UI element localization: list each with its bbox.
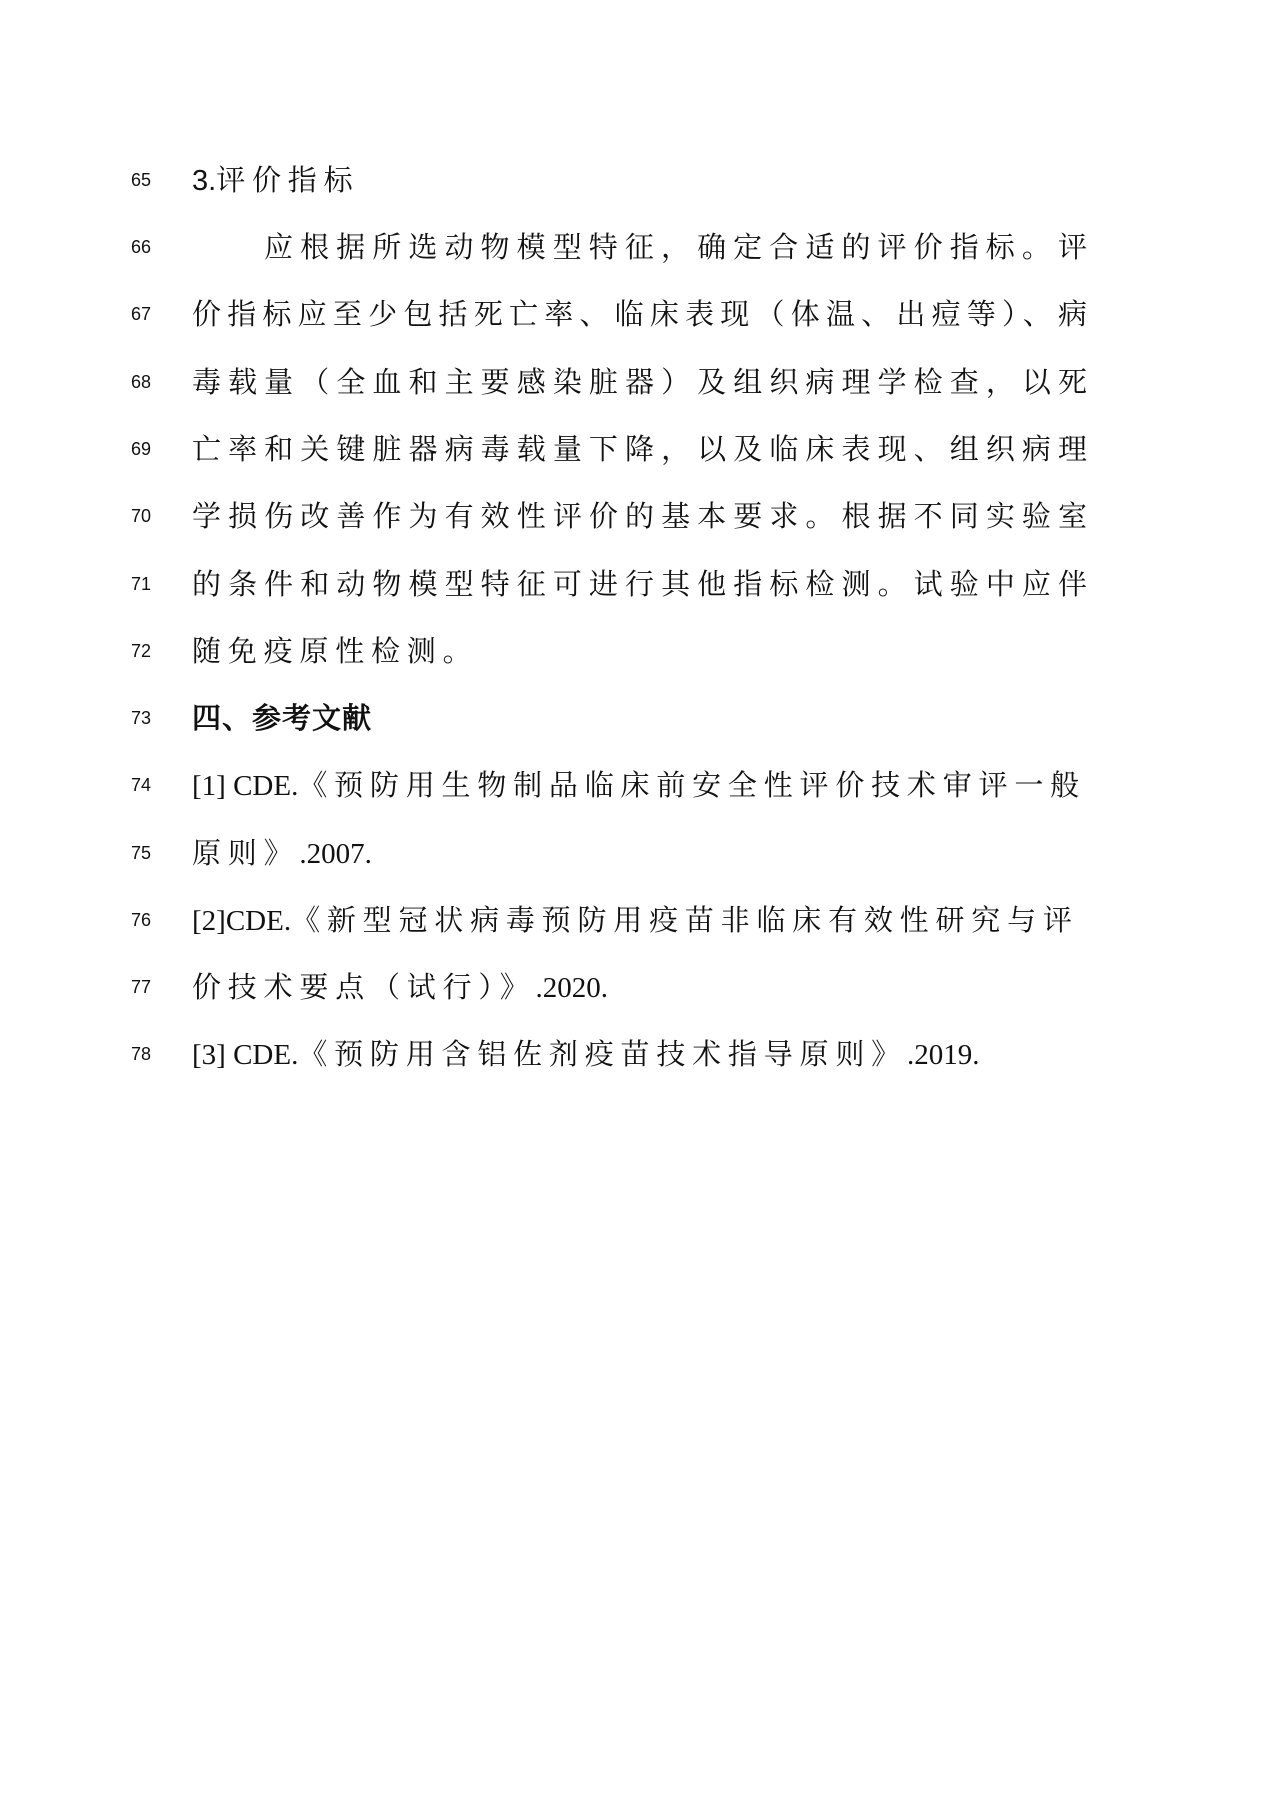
reference-title: 《新型冠状病毒预防用疫苗非临床有效性研究与评 [291,903,1079,937]
reference-text: 价技术要点（试行）》.2020. [192,954,1087,1021]
line-number: 76 [131,887,161,954]
document-line: 67 价指标应至少包括死亡率、临床表现（体温、出痘等）、病 [0,281,1280,348]
reference-text: [3] CDE.《预防用含铝佐剂疫苗技术指导原则》.2019. [192,1021,1087,1088]
reference-label: [3] CDE. [192,1039,298,1071]
reference-item-continued: 75 原则》.2007. [0,820,1280,887]
paragraph-text: 随免疫原性检测。 [192,618,1087,685]
reference-text: [2]CDE.《新型冠状病毒预防用疫苗非临床有效性研究与评 [192,887,1087,954]
reference-text: [1] CDE.《预防用生物制品临床前安全性评价技术审评一般 [192,752,1087,819]
document-line: 66 应根据所选动物模型特征，确定合适的评价指标。评 [0,214,1280,281]
paragraph-text: 价指标应至少包括死亡率、临床表现（体温、出痘等）、病 [192,281,1087,348]
document-line: 71 的条件和动物模型特征可进行其他指标检测。试验中应伴 [0,551,1280,618]
line-number: 75 [131,820,161,887]
document-line: 72 随免疫原性检测。 [0,618,1280,685]
reference-year: .2019. [907,1039,980,1071]
line-number: 66 [131,214,161,281]
reference-title: 《预防用含铝佐剂疫苗技术指导原则》 [298,1037,907,1071]
line-number: 65 [131,147,161,214]
reference-item-continued: 77 价技术要点（试行）》.2020. [0,954,1280,1021]
paragraph-text: 的条件和动物模型特征可进行其他指标检测。试验中应伴 [192,551,1087,618]
document-line: 73 四、参考文献 [0,685,1280,752]
reference-text: 原则》.2007. [192,820,1087,887]
line-number: 68 [131,349,161,416]
document-line: 65 3.评价指标 [0,147,1280,214]
reference-title: 《预防用生物制品临床前安全性评价技术审评一般 [298,768,1086,802]
paragraph-text: 亡率和关键脏器病毒载量下降，以及临床表现、组织病理 [192,416,1087,483]
line-number: 69 [131,416,161,483]
reference-year: .2020. [536,972,609,1004]
line-number: 67 [131,281,161,348]
reference-item: 74 [1] CDE.《预防用生物制品临床前安全性评价技术审评一般 [0,752,1280,819]
document-line: 70 学损伤改善作为有效性评价的基本要求。根据不同实验室 [0,483,1280,550]
line-number: 72 [131,618,161,685]
reference-item: 76 [2]CDE.《新型冠状病毒预防用疫苗非临床有效性研究与评 [0,887,1280,954]
document-line: 68 毒载量（全血和主要感染脏器）及组织病理学检查，以死 [0,349,1280,416]
paragraph-text: 毒载量（全血和主要感染脏器）及组织病理学检查，以死 [192,349,1087,416]
reference-item: 78 [3] CDE.《预防用含铝佐剂疫苗技术指导原则》.2019. [0,1021,1280,1088]
line-number: 73 [131,685,161,752]
reference-title: 原则》 [192,836,299,870]
line-number: 70 [131,483,161,550]
line-number: 71 [131,551,161,618]
reference-label: [1] CDE. [192,770,298,802]
reference-label: [2]CDE. [192,905,291,937]
line-number: 77 [131,954,161,1021]
subsection-title: 评价指标 [216,163,359,197]
document-page: 65 3.评价指标 66 应根据所选动物模型特征，确定合适的评价指标。评 67 … [0,0,1280,1810]
document-line: 69 亡率和关键脏器病毒载量下降，以及临床表现、组织病理 [0,416,1280,483]
reference-year: .2007. [299,838,372,870]
subsection-heading: 3.评价指标 [192,147,1087,214]
subsection-number: 3. [192,165,216,197]
line-number: 74 [131,752,161,819]
section-heading-references: 四、参考文献 [192,685,1087,752]
paragraph-text: 学损伤改善作为有效性评价的基本要求。根据不同实验室 [192,483,1087,550]
line-number: 78 [131,1021,161,1088]
paragraph-text: 应根据所选动物模型特征，确定合适的评价指标。评 [192,214,1087,281]
reference-title: 价技术要点（试行）》 [192,970,536,1004]
